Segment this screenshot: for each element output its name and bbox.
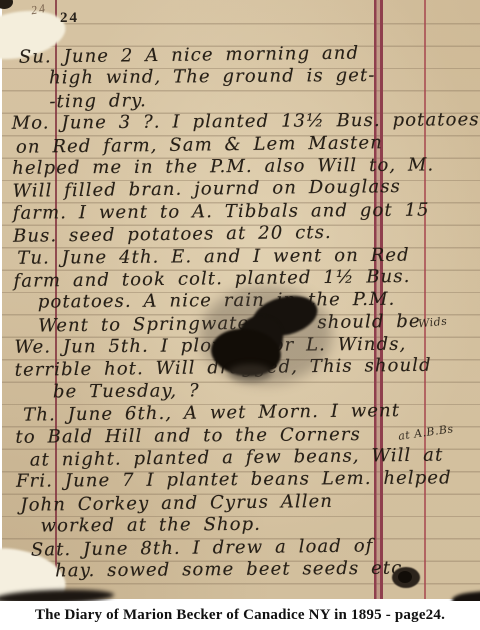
caption-bar: The Diary of Marion Becker of Canadice N… (0, 601, 480, 630)
diary-line: helped me in the P.M. also Will to, M. (12, 154, 474, 180)
ink-blot-center (228, 364, 272, 382)
ink-blot-bottom-right (398, 571, 412, 583)
diary-line: Fri. June 7 I plantet beans Lem. helped (16, 468, 478, 494)
diary-line: high wind, The ground is get- (49, 64, 473, 90)
diary-line: Tu. June 4th. E. and I went on Red (17, 244, 475, 270)
handwritten-page-number: 24 (30, 1, 48, 19)
diary-line: Mo. June 3 ?. I planted 13½ Bus. potatoe… (12, 109, 474, 135)
caption-text: The Diary of Marion Becker of Canadice N… (35, 607, 445, 624)
diary-page-photo: 24 24 Su. June 2 A nice morning and high… (0, 0, 480, 601)
printed-page-number: 24 (60, 10, 79, 27)
diary-line: worked at the Shop. (41, 512, 479, 538)
diary-line: farm. I went to A. Tibbals and got 15 (13, 199, 475, 225)
screenshot: 24 24 Su. June 2 A nice morning and high… (0, 0, 480, 630)
